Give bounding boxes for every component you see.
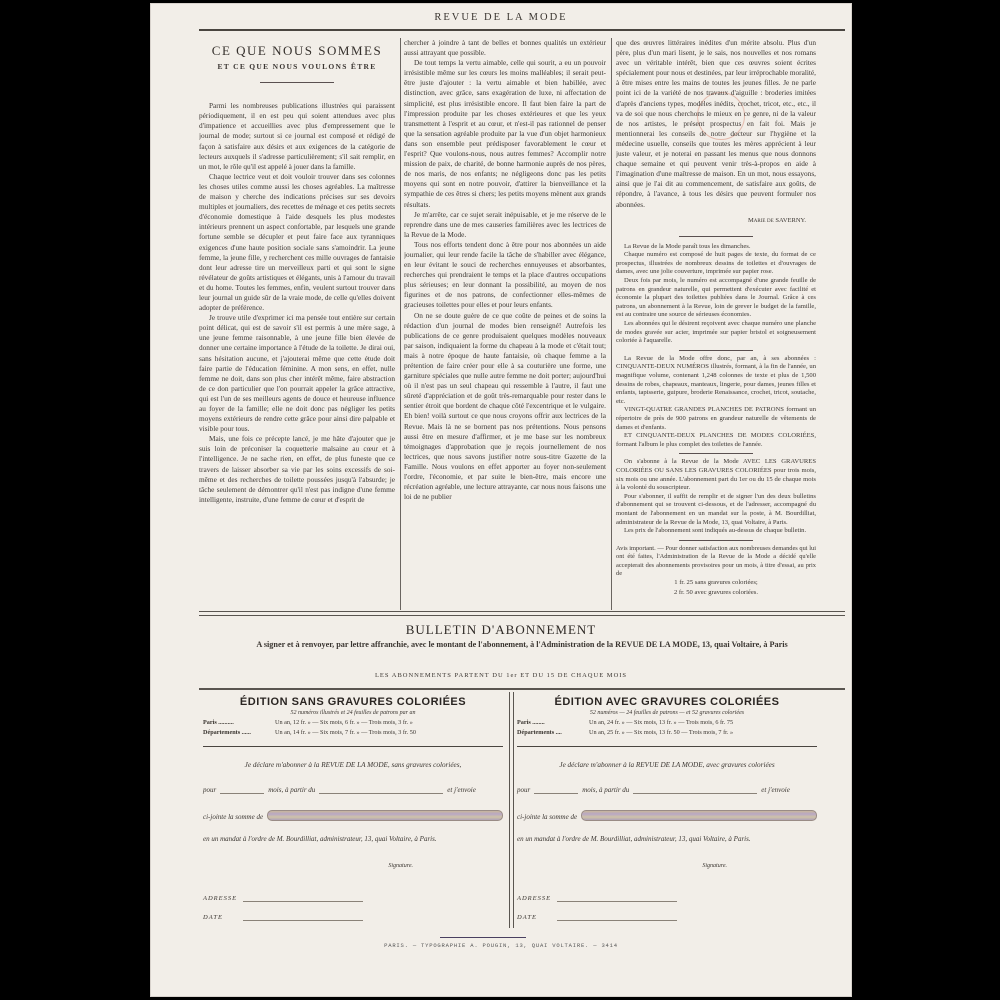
signature-label: Signature.: [517, 863, 727, 869]
mandate-text: en un mandat à l'ordre de M. Bourdilliat…: [517, 835, 817, 843]
running-head: REVUE DE LA MODE: [151, 12, 851, 23]
price-value: Un an, 24 fr. » — Six mois, 13 fr. » — T…: [589, 719, 817, 726]
important-notice: Avis important. — Pour donner satisfacti…: [616, 545, 816, 579]
form-divider: [509, 692, 514, 928]
section-divider: [679, 540, 753, 541]
paragraph: Mais, une fois ce précepte lancé, je me …: [199, 434, 395, 505]
notice-text: Les abonnées qui le désirent reçoivent a…: [616, 320, 816, 346]
address-line: ADRESSE: [203, 893, 503, 902]
printer-imprint: PARIS. — TYPOGRAPHIE A. POUGIN, 13, QUAI…: [151, 942, 851, 949]
paragraph: Parmi les nombreuses publications illust…: [199, 101, 395, 172]
paragraph: Je trouve utile d'exprimer ici ma pensée…: [199, 313, 395, 434]
article-column-3: que des œuvres littéraires inédites d'un…: [616, 38, 816, 610]
notice-text: Deux fois par mois, le numéro est accomp…: [616, 277, 816, 320]
price-value: Un an, 14 fr. » — Six mois, 7 fr. » — Tr…: [275, 729, 503, 736]
label-mois: mois, à partir du: [268, 786, 315, 794]
notice-text: Les prix de l'abonnement sont indiqués a…: [616, 527, 816, 536]
price-row-departements: Départements .... Un an, 25 fr. » — Six …: [517, 729, 817, 736]
notice-text: Pour s'abonner, il suffit de remplir et …: [616, 493, 816, 527]
declaration-text: Je déclare m'abonner à la REVUE DE LA MO…: [517, 761, 817, 769]
label-somme: ci-jointe la somme de: [517, 813, 577, 821]
price-place: Départements ....: [517, 729, 589, 736]
form-rule: [203, 746, 503, 747]
label-pour: pour: [203, 786, 216, 794]
notice-text: La Revue de la Mode offre donc, par an, …: [616, 355, 816, 407]
section-divider: [679, 236, 753, 237]
section-divider: [679, 350, 753, 351]
address-label: ADRESSE: [517, 895, 557, 902]
amount-field[interactable]: [267, 810, 503, 821]
amount-field[interactable]: [581, 810, 817, 821]
months-field[interactable]: [220, 785, 264, 794]
form-subtitle: 52 numéros illustrés et 24 feuilles de p…: [203, 710, 503, 716]
notice-block-1: La Revue de la Mode paraît tous les dima…: [616, 243, 816, 346]
label-envoie: et j'envoie: [447, 786, 476, 794]
address-field[interactable]: [243, 893, 363, 902]
author-signature: Marie de SAVERNY.: [616, 216, 806, 226]
form-title: ÉDITION AVEC GRAVURES COLORIÉES: [517, 696, 817, 708]
form-rule: [517, 746, 817, 747]
label-mois: mois, à partir du: [582, 786, 629, 794]
price-value: Un an, 12 fr. » — Six mois, 6 fr. » — Tr…: [275, 719, 503, 726]
address-label: ADRESSE: [203, 895, 243, 902]
amount-line: ci-jointe la somme de: [203, 810, 503, 821]
column-divider: [611, 38, 612, 610]
bulletin-title: BULLETIN D'ABONNEMENT: [151, 622, 851, 638]
start-date-field[interactable]: [633, 785, 757, 794]
paragraph: De tout temps la vertu aimable, celle qu…: [404, 58, 606, 209]
footer-rule: [440, 937, 526, 938]
bulletin-instructions: A signer et à renvoyer, par lettre affra…: [199, 639, 845, 650]
date-label: DATE: [517, 914, 557, 921]
bulletin-top-rule: [199, 611, 845, 616]
notice-block-3: On s'abonne à la Revue de la Mode AVEC L…: [616, 458, 816, 535]
address-line: ADRESSE: [517, 893, 817, 902]
paragraph: Chaque lectrice veut et doit vouloir tro…: [199, 172, 395, 313]
document-page: REVUE DE LA MODE CE QUE NOUS SOMMES ET C…: [151, 4, 851, 996]
paragraph: Tous nos efforts tendent donc à être pou…: [404, 240, 606, 311]
column-divider: [400, 38, 401, 610]
subscription-form-with-color: ÉDITION AVEC GRAVURES COLORIÉES 52 numér…: [517, 696, 817, 921]
notice-text: La Revue de la Mode paraît tous les dima…: [616, 243, 816, 252]
notice-text: Chaque numéro est composé de huit pages …: [616, 251, 816, 277]
declaration-text: Je déclare m'abonner à la REVUE DE LA MO…: [203, 761, 503, 769]
date-field[interactable]: [243, 912, 363, 921]
trial-price: 2 fr. 50 avec gravures coloriées.: [616, 588, 816, 598]
subscription-form-without-color: ÉDITION SANS GRAVURES COLORIÉES 52 numér…: [203, 696, 503, 921]
form-title: ÉDITION SANS GRAVURES COLORIÉES: [203, 696, 503, 708]
price-row-paris: Paris .......... Un an, 12 fr. » — Six m…: [203, 719, 503, 726]
mandate-text: en un mandat à l'ordre de M. Bourdilliat…: [203, 835, 503, 843]
label-pour: pour: [517, 786, 530, 794]
duration-line: pour mois, à partir du et j'envoie: [517, 785, 817, 794]
duration-line: pour mois, à partir du et j'envoie: [203, 785, 503, 794]
article-column-2: chercher à joindre à tant de belles et b…: [404, 38, 606, 610]
start-date-field[interactable]: [319, 785, 443, 794]
price-place: Départements ......: [203, 729, 275, 736]
amount-line: ci-jointe la somme de: [517, 810, 817, 821]
paragraph: Je m'arrête, car ce sujet serait inépuis…: [404, 210, 606, 240]
bulletin-rule: [199, 688, 845, 690]
price-value: Un an, 25 fr. » — Six mois, 13 fr. 50 — …: [589, 729, 817, 736]
trial-price: 1 fr. 25 sans gravures coloriées;: [616, 578, 816, 588]
header-rule: [199, 29, 845, 31]
paragraph: On ne se doute guère de ce que coûte de …: [404, 311, 606, 503]
title-divider: [260, 82, 334, 83]
address-field[interactable]: [557, 893, 677, 902]
label-somme: ci-jointe la somme de: [203, 813, 263, 821]
notice-text: On s'abonne à la Revue de la Mode AVEC L…: [616, 458, 816, 492]
price-place: Paris ........: [517, 719, 589, 726]
label-envoie: et j'envoie: [761, 786, 790, 794]
date-label: DATE: [203, 914, 243, 921]
months-field[interactable]: [534, 785, 578, 794]
paragraph: que des œuvres littéraires inédites d'un…: [616, 38, 816, 210]
article-subtitle: ET CE QUE NOUS VOULONS ÊTRE: [199, 62, 395, 72]
date-line: DATE: [517, 912, 817, 921]
section-divider: [679, 453, 753, 454]
price-row-paris: Paris ........ Un an, 24 fr. » — Six moi…: [517, 719, 817, 726]
article-column-1: CE QUE NOUS SOMMES ET CE QUE NOUS VOULON…: [199, 38, 395, 610]
price-row-departements: Départements ...... Un an, 14 fr. » — Si…: [203, 729, 503, 736]
form-subtitle: 52 numéros — 24 feuilles de patrons — et…: [517, 710, 817, 716]
notice-block-2: La Revue de la Mode offre donc, par an, …: [616, 355, 816, 450]
paragraph: chercher à joindre à tant de belles et b…: [404, 38, 606, 58]
signature-label: Signature.: [203, 863, 413, 869]
article-title: CE QUE NOUS SOMMES: [199, 46, 395, 56]
notice-text: VINGT-QUATRE GRANDES PLANCHES DE PATRONS…: [616, 406, 816, 432]
date-field[interactable]: [557, 912, 677, 921]
date-line: DATE: [203, 912, 503, 921]
notice-text: ET CINQUANTE-DEUX PLANCHES DE MODES COLO…: [616, 432, 816, 449]
bulletin-start-note: LES ABONNEMENTS PARTENT DU 1er ET DU 15 …: [151, 672, 851, 679]
price-place: Paris ..........: [203, 719, 275, 726]
